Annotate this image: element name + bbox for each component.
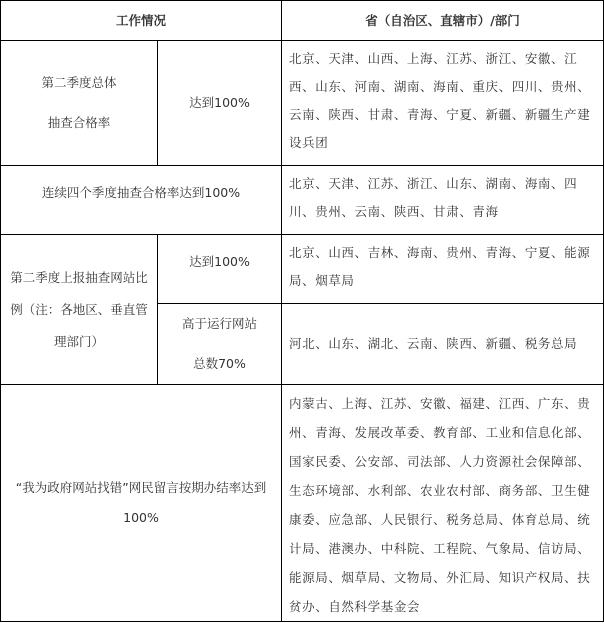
header-regions-departments: 省（自治区、直辖市）/部门 [282, 1, 604, 41]
table-row: “我为政府网站找错”网民留言按期办结率达到100% 内蒙古、上海、江苏、安徽、福… [1, 385, 604, 622]
regions-cell: 河北、山东、湖北、云南、陕西、新疆、税务总局 [282, 304, 604, 385]
category-cell: 第二季度上报抽查网站比例（注：各地区、垂直管理部门） [1, 235, 158, 385]
website-inspection-results-table: 工作情况 省（自治区、直辖市）/部门 第二季度总体 抽查合格率 达到100% 北… [0, 0, 604, 622]
regions-cell: 北京、天津、江苏、浙江、山东、湖南、海南、四川、贵州、云南、陕西、甘肃、青海 [282, 166, 604, 235]
category-cell: 第二季度总体 抽查合格率 [1, 41, 158, 166]
criterion-line: 高于运行网站 [158, 304, 281, 344]
category-line: 抽查合格率 [1, 103, 157, 143]
criterion-cell: 达到100% [158, 235, 282, 304]
category-line: 第二季度总体 [1, 63, 157, 103]
results-table-container: 工作情况 省（自治区、直辖市）/部门 第二季度总体 抽查合格率 达到100% 北… [0, 0, 604, 623]
regions-cell: 北京、山西、吉林、海南、贵州、青海、宁夏、能源局、烟草局 [282, 235, 604, 304]
table-row: 第二季度总体 抽查合格率 达到100% 北京、天津、山西、上海、江苏、浙江、安徽… [1, 41, 604, 166]
criterion-cell: 高于运行网站 总数70% [158, 304, 282, 385]
table-row: 第二季度上报抽查网站比例（注：各地区、垂直管理部门） 达到100% 北京、山西、… [1, 235, 604, 304]
header-work-status: 工作情况 [1, 1, 282, 41]
regions-cell: 北京、天津、山西、上海、江苏、浙江、安徽、江西、山东、河南、湖南、海南、重庆、四… [282, 41, 604, 166]
category-cell: 连续四个季度抽查合格率达到100% [1, 166, 282, 235]
regions-cell: 内蒙古、上海、江苏、安徽、福建、江西、广东、贵州、青海、发展改革委、教育部、工业… [282, 385, 604, 622]
criterion-line: 总数70% [158, 344, 281, 384]
criterion-cell: 达到100% [158, 41, 282, 166]
table-row: 连续四个季度抽查合格率达到100% 北京、天津、江苏、浙江、山东、湖南、海南、四… [1, 166, 604, 235]
table-header-row: 工作情况 省（自治区、直辖市）/部门 [1, 1, 604, 41]
category-cell: “我为政府网站找错”网民留言按期办结率达到100% [1, 385, 282, 622]
